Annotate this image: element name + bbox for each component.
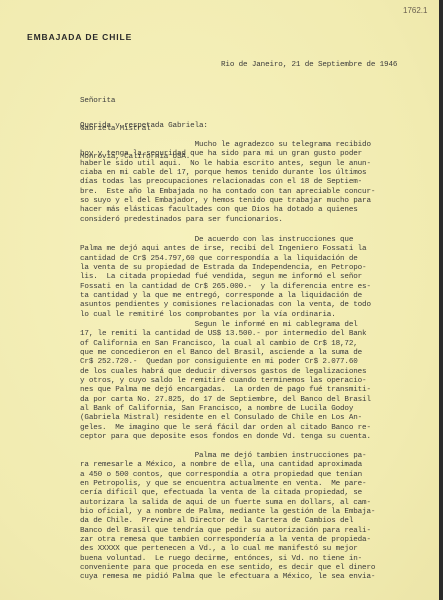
text-line: cantidad de Cr$ 254.797,60 que correspon… <box>80 255 432 264</box>
recipient-title: Señorita <box>80 97 190 106</box>
text-line: des XXXXX que pertenecen a Vd., a lo cua… <box>80 545 432 554</box>
text-line: asuntos pendientes y comisiones relacion… <box>80 301 432 310</box>
text-line: Cr$ 252.720.- Quedan por consiguiente en… <box>80 358 432 367</box>
text-line: días todas las preocupaciones relacionad… <box>80 178 432 187</box>
text-line: lis. La citada propiedad fué vendida, se… <box>80 273 432 282</box>
text-line: haberle sido util aqui. No le habia escr… <box>80 160 432 169</box>
text-line: buena voluntad. Le ruego decirme, entónc… <box>80 555 432 564</box>
text-line: que me concedieron en el Banco del Brasi… <box>80 349 432 358</box>
archive-number: 1762.1 <box>403 6 427 15</box>
letter-page: 1762.1 EMBAJADA DE CHILE Rio de Janeiro,… <box>0 0 443 600</box>
paragraph-4: Palma me dejó tambien instrucciones pa-r… <box>80 452 432 583</box>
dateline: Rio de Janeiro, 21 de Septiembre de 1946 <box>221 61 397 70</box>
text-line: en Petropolis, y que se encuentra actual… <box>80 480 432 489</box>
text-line: conveniente para que proceda en ese sent… <box>80 564 432 573</box>
text-line: zar otra remesa que tambien corresponder… <box>80 536 432 545</box>
text-line: ciaba en mi cable del 17, porque hemos t… <box>80 169 432 178</box>
text-line: Segun le informé en mi cablegrama del <box>80 321 432 330</box>
text-line: y otros, y cuyo saldo le remitiré cuando… <box>80 377 432 386</box>
text-line: da por carta No. 27.825, do 17 de Septie… <box>80 396 432 405</box>
text-line: ceptor para que deposite esos fondos en … <box>80 433 432 442</box>
text-line: autorizara la salida de aqui de un fuert… <box>80 499 432 508</box>
text-line: 17, le remití la cantidad de US$ 13.500.… <box>80 330 432 339</box>
text-line: Mucho le agradezco su telegrama recibido <box>80 141 432 150</box>
text-line: Palma me dejó aqui antes de irse, recibí… <box>80 245 432 254</box>
text-line: hoy y tenga la seguridad que ha sido par… <box>80 150 432 159</box>
text-line: de los cuales habrá que deducir diversos… <box>80 368 432 377</box>
text-line: De acuerdo con las instrucciones que <box>80 236 432 245</box>
text-line: al Bank of California, San Francisco, a … <box>80 405 432 414</box>
paragraph-2: De acuerdo con las instrucciones quePalm… <box>80 236 432 320</box>
text-line: ra remesarle a México, a nombre de ella,… <box>80 461 432 470</box>
text-line: a 450 o 500 contos, que correspondía a o… <box>80 471 432 480</box>
text-line: la venta de su propiedad de Estrada da I… <box>80 264 432 273</box>
text-line: cuya remesa me pidió Palma que le efectu… <box>80 573 432 582</box>
text-line: hacer más elásticas facultades con que D… <box>80 206 432 215</box>
text-line: Fossati en la cantidad de Cr$ 265.000.- … <box>80 283 432 292</box>
text-line: geles. Me imagino que le será fácil dar … <box>80 424 432 433</box>
text-line: consideró predestinados para ser funcion… <box>80 216 432 225</box>
text-line: of California en San Francisco, la cual … <box>80 340 432 349</box>
paragraph-3: Segun le informé en mi cablegrama del17,… <box>80 321 432 442</box>
text-line: lo cual le remitiré los comprobantes por… <box>80 311 432 320</box>
text-line: ta cantidad y la que me entregó, corresp… <box>80 292 432 301</box>
text-line: Palma me dejó tambien instrucciones pa- <box>80 452 432 461</box>
text-line: bre. Este año la Embajada no ha contado … <box>80 188 432 197</box>
letterhead: EMBAJADA DE CHILE <box>27 32 132 42</box>
scan-edge <box>439 0 443 600</box>
text-line: bio oficial, y a nombre de Palma, median… <box>80 508 432 517</box>
text-line: cería dificil que, efectuada la venta de… <box>80 489 432 498</box>
text-line: (Gabriela Mistral) residente en el Consu… <box>80 414 432 423</box>
text-line: Banco del Brasil que tendría que pedir s… <box>80 527 432 536</box>
paragraph-1: Mucho le agradezco su telegrama recibido… <box>80 141 432 225</box>
text-line: nes que Palma me dejó encargadas. La ord… <box>80 386 432 395</box>
salutation: Querida y respetada Gabriela: <box>80 122 208 131</box>
text-line: so suyo y el del Embajador, y hemos teni… <box>80 197 432 206</box>
text-line: da de Chile. Previne al Director de la C… <box>80 517 432 526</box>
